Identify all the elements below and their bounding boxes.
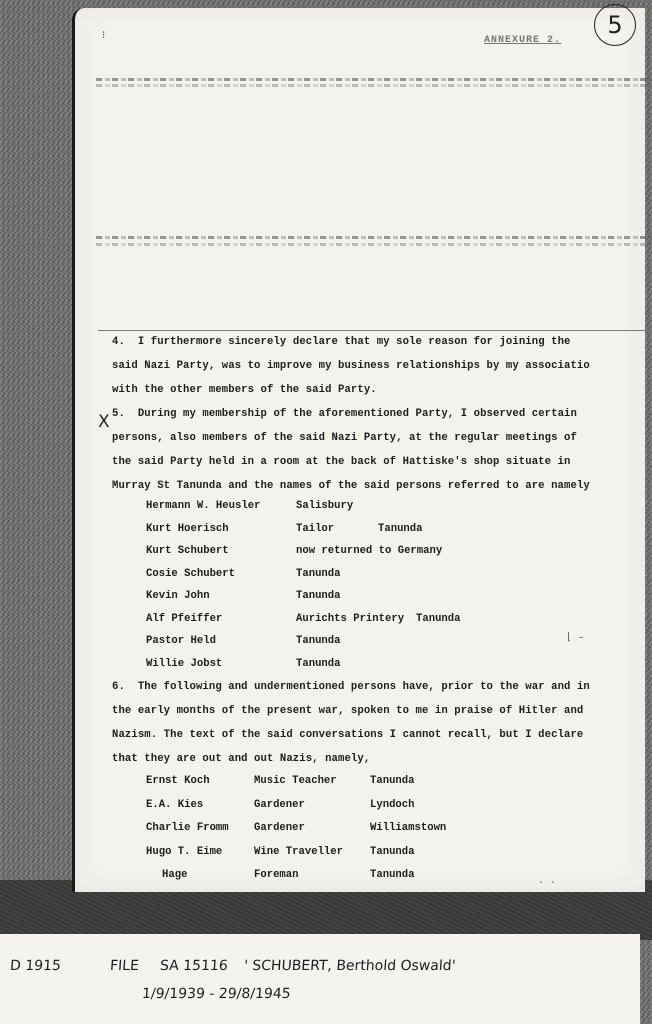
list-cell-name: Kurt Schubert <box>146 545 229 557</box>
stray-mark: · · <box>538 878 556 889</box>
archive-series: D 1915 <box>9 958 61 974</box>
paragraph-line: I furthermore sincerely declare that my … <box>138 336 571 348</box>
file-prefix: FILE <box>109 958 139 974</box>
list-cell-occupation: Gardener <box>254 822 305 834</box>
paragraph-line: the said Party held in a room at the bac… <box>112 456 570 468</box>
list-cell-name: Cosie Schubert <box>146 568 235 580</box>
list-cell-name: Pastor Held <box>146 635 216 647</box>
list-cell-name: Hage <box>162 869 187 881</box>
file-number: SA 15116 <box>159 958 228 974</box>
list-cell-detail: Aurichts Printery <box>296 613 404 625</box>
list-cell-name: Willie Jobst <box>146 658 222 670</box>
list-cell-name: Kevin John <box>146 590 210 602</box>
list-cell-name: Charlie Fromm <box>146 822 229 834</box>
list-cell-place: Williamstown <box>370 822 446 834</box>
paragraph-line: that they are out and out Nazis, namely, <box>112 753 370 765</box>
paragraph-number: 4. <box>112 336 125 348</box>
list-cell-place: Tanunda <box>370 775 415 787</box>
list-cell-occupation: Music Teacher <box>254 775 337 787</box>
list-cell-detail: now returned to Germany <box>296 545 442 557</box>
list-cell-name: Kurt Hoerisch <box>146 523 229 535</box>
paragraph-number: 5. <box>112 408 125 420</box>
faded-overlay-sheet <box>96 60 652 330</box>
stray-mark: ⁝ <box>102 30 105 42</box>
paragraph-line: the early months of the present war, spo… <box>112 705 583 717</box>
annexure-heading: ANNEXURE 2. <box>484 35 561 46</box>
paragraph-line: persons, also members of the said Nazi P… <box>112 432 577 444</box>
faded-typed-line <box>96 78 652 81</box>
faded-typed-line <box>96 236 652 239</box>
list-cell-place: Tanunda <box>370 846 415 858</box>
paragraph-line: with the other members of the said Party… <box>112 384 377 396</box>
list-cell-detail: Tanunda <box>296 568 341 580</box>
paragraph-number: 6. <box>112 681 125 693</box>
list-cell-place: Tanunda <box>370 869 415 881</box>
list-cell-name: Hermann W. Heusler <box>146 500 260 512</box>
sheet-edge <box>98 330 652 331</box>
list-cell-place: Lyndoch <box>370 799 415 811</box>
margin-x-mark: X <box>98 412 110 432</box>
file-title: ' SCHUBERT, Berthold Oswald' <box>243 958 456 974</box>
list-cell-occupation: Gardener <box>254 799 305 811</box>
list-cell-place: Tanunda <box>378 523 423 535</box>
list-cell-detail: Tailor <box>296 523 334 535</box>
list-cell-occupation: Wine Traveller <box>254 846 343 858</box>
list-cell-name: E.A. Kies <box>146 799 203 811</box>
circled-page-number: 5 <box>594 4 636 46</box>
paragraph-line: The following and undermentioned persons… <box>138 681 590 693</box>
list-cell-detail: Tanunda <box>296 658 341 670</box>
list-cell-detail: Salisbury <box>296 500 353 512</box>
list-cell-name: Ernst Koch <box>146 775 210 787</box>
file-date-range: 1/9/1939 - 29/8/1945 <box>141 986 291 1002</box>
list-cell-name: Alf Pfeiffer <box>146 613 222 625</box>
faded-typed-line <box>96 243 652 246</box>
faded-typed-line <box>96 84 652 87</box>
paragraph-line: said Nazi Party, was to improve my busin… <box>112 360 590 372</box>
stray-mark: ⌊ ‒ <box>566 632 584 644</box>
paragraph-line: Nazism. The text of the said conversatio… <box>112 729 583 741</box>
list-cell-place: Tanunda <box>416 613 461 625</box>
list-cell-detail: Tanunda <box>296 635 341 647</box>
paragraph-line: During my membership of the aforemention… <box>138 408 577 420</box>
list-cell-name: Hugo T. Eime <box>146 846 222 858</box>
list-cell-detail: Tanunda <box>296 590 341 602</box>
list-cell-occupation: Foreman <box>254 869 299 881</box>
paragraph-line: Murray St Tanunda and the names of the s… <box>112 480 590 492</box>
archive-label-card <box>0 934 640 1024</box>
